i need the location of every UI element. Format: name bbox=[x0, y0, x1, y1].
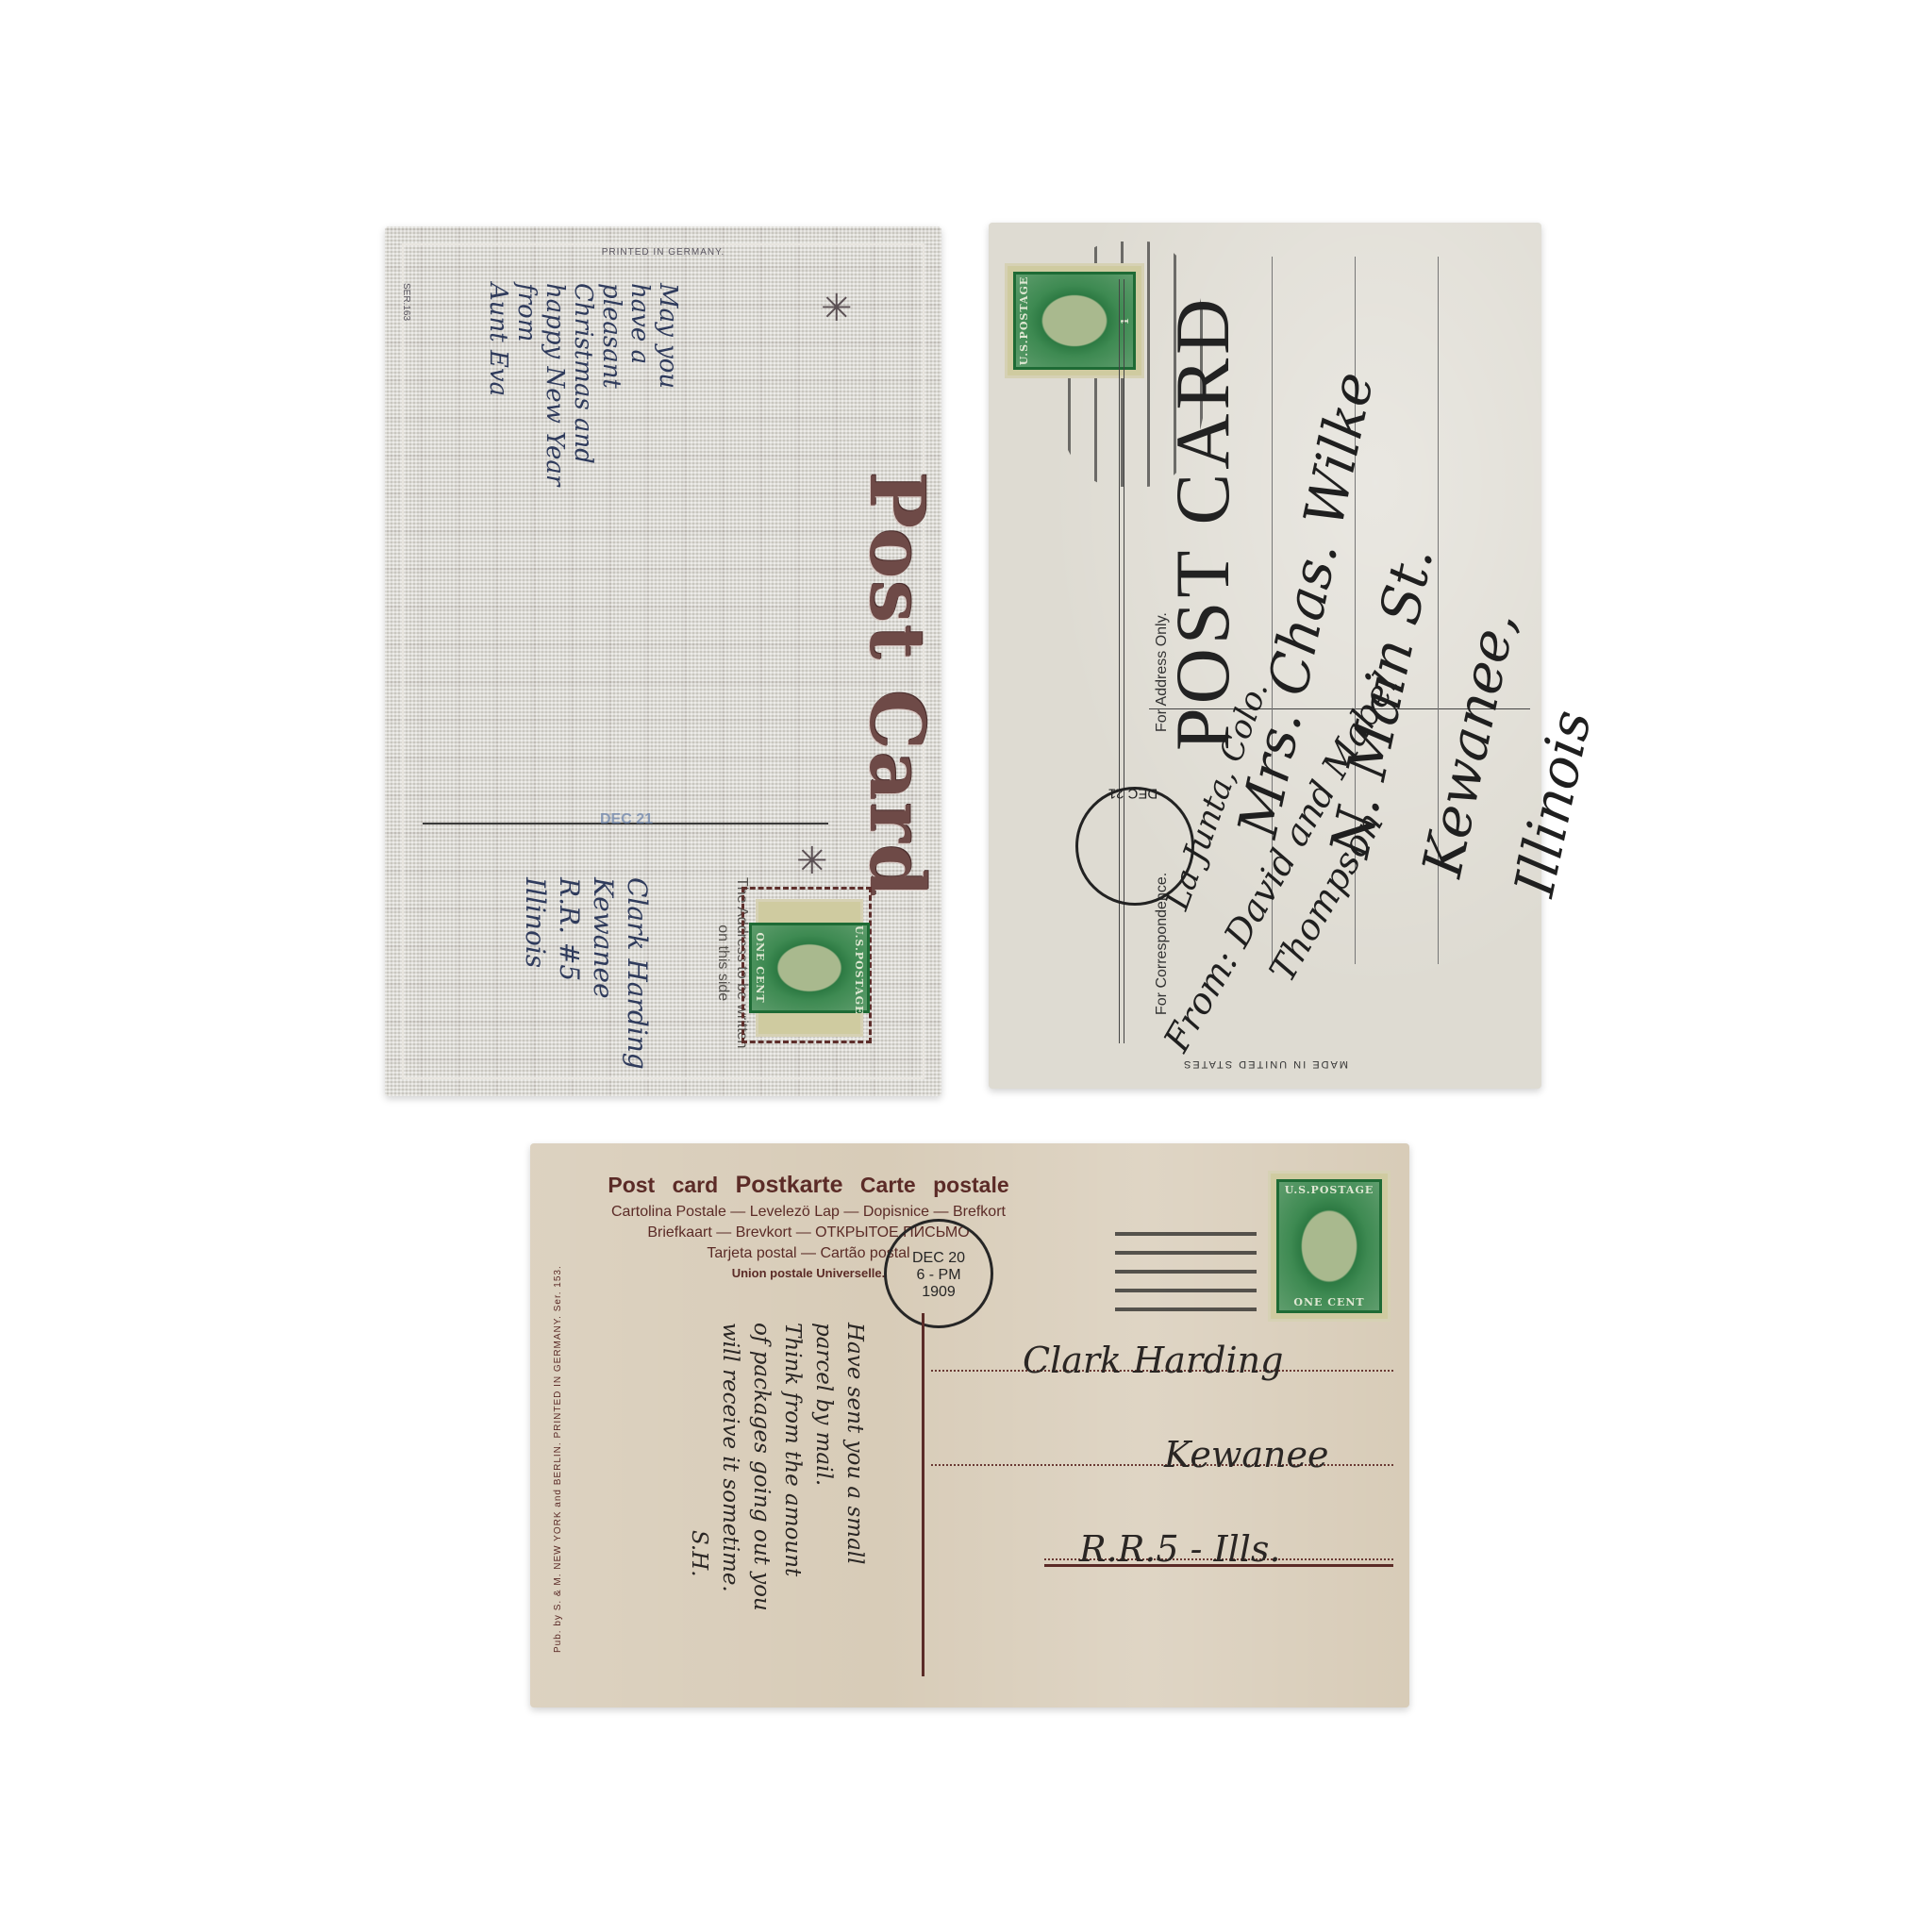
message-line: Think from the amount bbox=[776, 1323, 808, 1611]
message-line: happy New Year bbox=[541, 283, 569, 486]
stamp-top-label: U.S.POSTAGE bbox=[1279, 1184, 1379, 1196]
address-line: Illinois bbox=[518, 877, 552, 1070]
address-line: R.R.5 - Ills. bbox=[1023, 1502, 1329, 1596]
message-line: pleasant bbox=[597, 283, 625, 486]
message-line: Have sent you a small bbox=[839, 1323, 870, 1611]
postmark-time: 6 - PM bbox=[887, 1267, 991, 1284]
handwritten-address: Clark Harding Kewanee R.R.5 - Ills. bbox=[1023, 1351, 1329, 1596]
star-ornament-icon: ✳ bbox=[821, 287, 853, 330]
printed-in-germany-label: PRINTED IN GERMANY. bbox=[385, 247, 941, 258]
languages-line: Union postale Universelle. bbox=[530, 1266, 1087, 1280]
multilingual-heading: Post card Postkarte Carte postale bbox=[530, 1172, 1087, 1199]
franklin-portrait-icon: U.S.POSTAGE ONE CENT bbox=[1276, 1179, 1382, 1313]
address-line: Clark Harding bbox=[1023, 1313, 1329, 1407]
cancellation-wavy-lines bbox=[1115, 1228, 1257, 1323]
message-line: S.H. bbox=[683, 1323, 714, 1611]
message-line: of packages going out you bbox=[745, 1323, 776, 1611]
postmark-blue: DEC 21 bbox=[600, 811, 675, 915]
heading-french: Carte postale bbox=[860, 1173, 1009, 1197]
postmark-date: DEC 21 bbox=[1108, 786, 1158, 801]
handwritten-message: May you have a pleasant Christmas and ha… bbox=[484, 283, 682, 486]
languages-line: Tarjeta postal — Cartão postal bbox=[530, 1245, 1087, 1262]
washington-portrait-icon: U.S.POSTAGE 1 bbox=[1013, 272, 1136, 370]
message-line: Aunt Eva bbox=[484, 283, 512, 486]
handwritten-message: Have sent you a small parcel by mail. Th… bbox=[683, 1323, 870, 1611]
stamp-bottom-label: ONE CENT bbox=[754, 925, 766, 1010]
message-line: have a bbox=[625, 283, 654, 486]
address-line: R.R. #5 bbox=[552, 877, 586, 1070]
postmark-date: DEC 20 bbox=[887, 1250, 991, 1267]
message-line: parcel by mail. bbox=[808, 1323, 839, 1611]
divider-vertical bbox=[922, 1313, 924, 1676]
made-in-label: MADE IN UNITED STATES bbox=[989, 1058, 1541, 1070]
address-only-label: For Address Only. bbox=[1154, 612, 1171, 732]
heading-english: Post card bbox=[608, 1173, 718, 1197]
address-note-line: on this side bbox=[713, 877, 732, 1048]
message-line: from bbox=[512, 283, 541, 486]
message-line: Christmas and bbox=[569, 283, 597, 486]
postcard-made-in-us: U.S.POSTAGE 1 POST CARD For Address Only… bbox=[989, 223, 1541, 1089]
stamp-one-cent-franklin: U.S.POSTAGE ONE CENT bbox=[1271, 1174, 1388, 1319]
stamp-one-cent-franklin: U.S.POSTAGE ONE CENT bbox=[758, 902, 860, 1034]
message-line: May you bbox=[654, 283, 682, 486]
stamp-top-label: U.S.POSTAGE bbox=[1018, 275, 1030, 367]
series-label: SER.163 bbox=[401, 283, 411, 321]
postmark-year: 1909 bbox=[887, 1284, 991, 1301]
stamp-bottom-label: ONE CENT bbox=[1279, 1296, 1379, 1308]
address-line: Kewanee bbox=[1023, 1407, 1329, 1502]
divider-vertical bbox=[1119, 279, 1124, 1043]
stamp-top-label: U.S.POSTAGE bbox=[853, 925, 865, 1010]
languages-line: Briefkaart — Brevkort — ОТКРЫТОЕ ПИСЬМО bbox=[530, 1224, 1087, 1241]
postmark-circle: DEC 20 6 - PM 1909 bbox=[884, 1219, 993, 1328]
heading-german: Postkarte bbox=[736, 1172, 843, 1198]
star-ornament-icon: ✳ bbox=[796, 840, 828, 883]
franklin-portrait-icon: U.S.POSTAGE ONE CENT bbox=[749, 923, 870, 1013]
publisher-label: Pub. by S. & M. NEW YORK and BERLIN. PRI… bbox=[553, 1265, 563, 1653]
message-line: will receive it sometime. bbox=[714, 1323, 745, 1611]
postcard-universal-postal: Post card Postkarte Carte postale Cartol… bbox=[530, 1143, 1409, 1707]
postcard-christmas-embossed: PRINTED IN GERMANY. SER.163 ✳ ✳ Post Car… bbox=[385, 226, 941, 1096]
card-title: POST CARD bbox=[1158, 295, 1247, 751]
card-title: Post Card bbox=[853, 472, 941, 899]
languages-line: Cartolina Postale — Levelezö Lap — Dopis… bbox=[530, 1204, 1087, 1221]
